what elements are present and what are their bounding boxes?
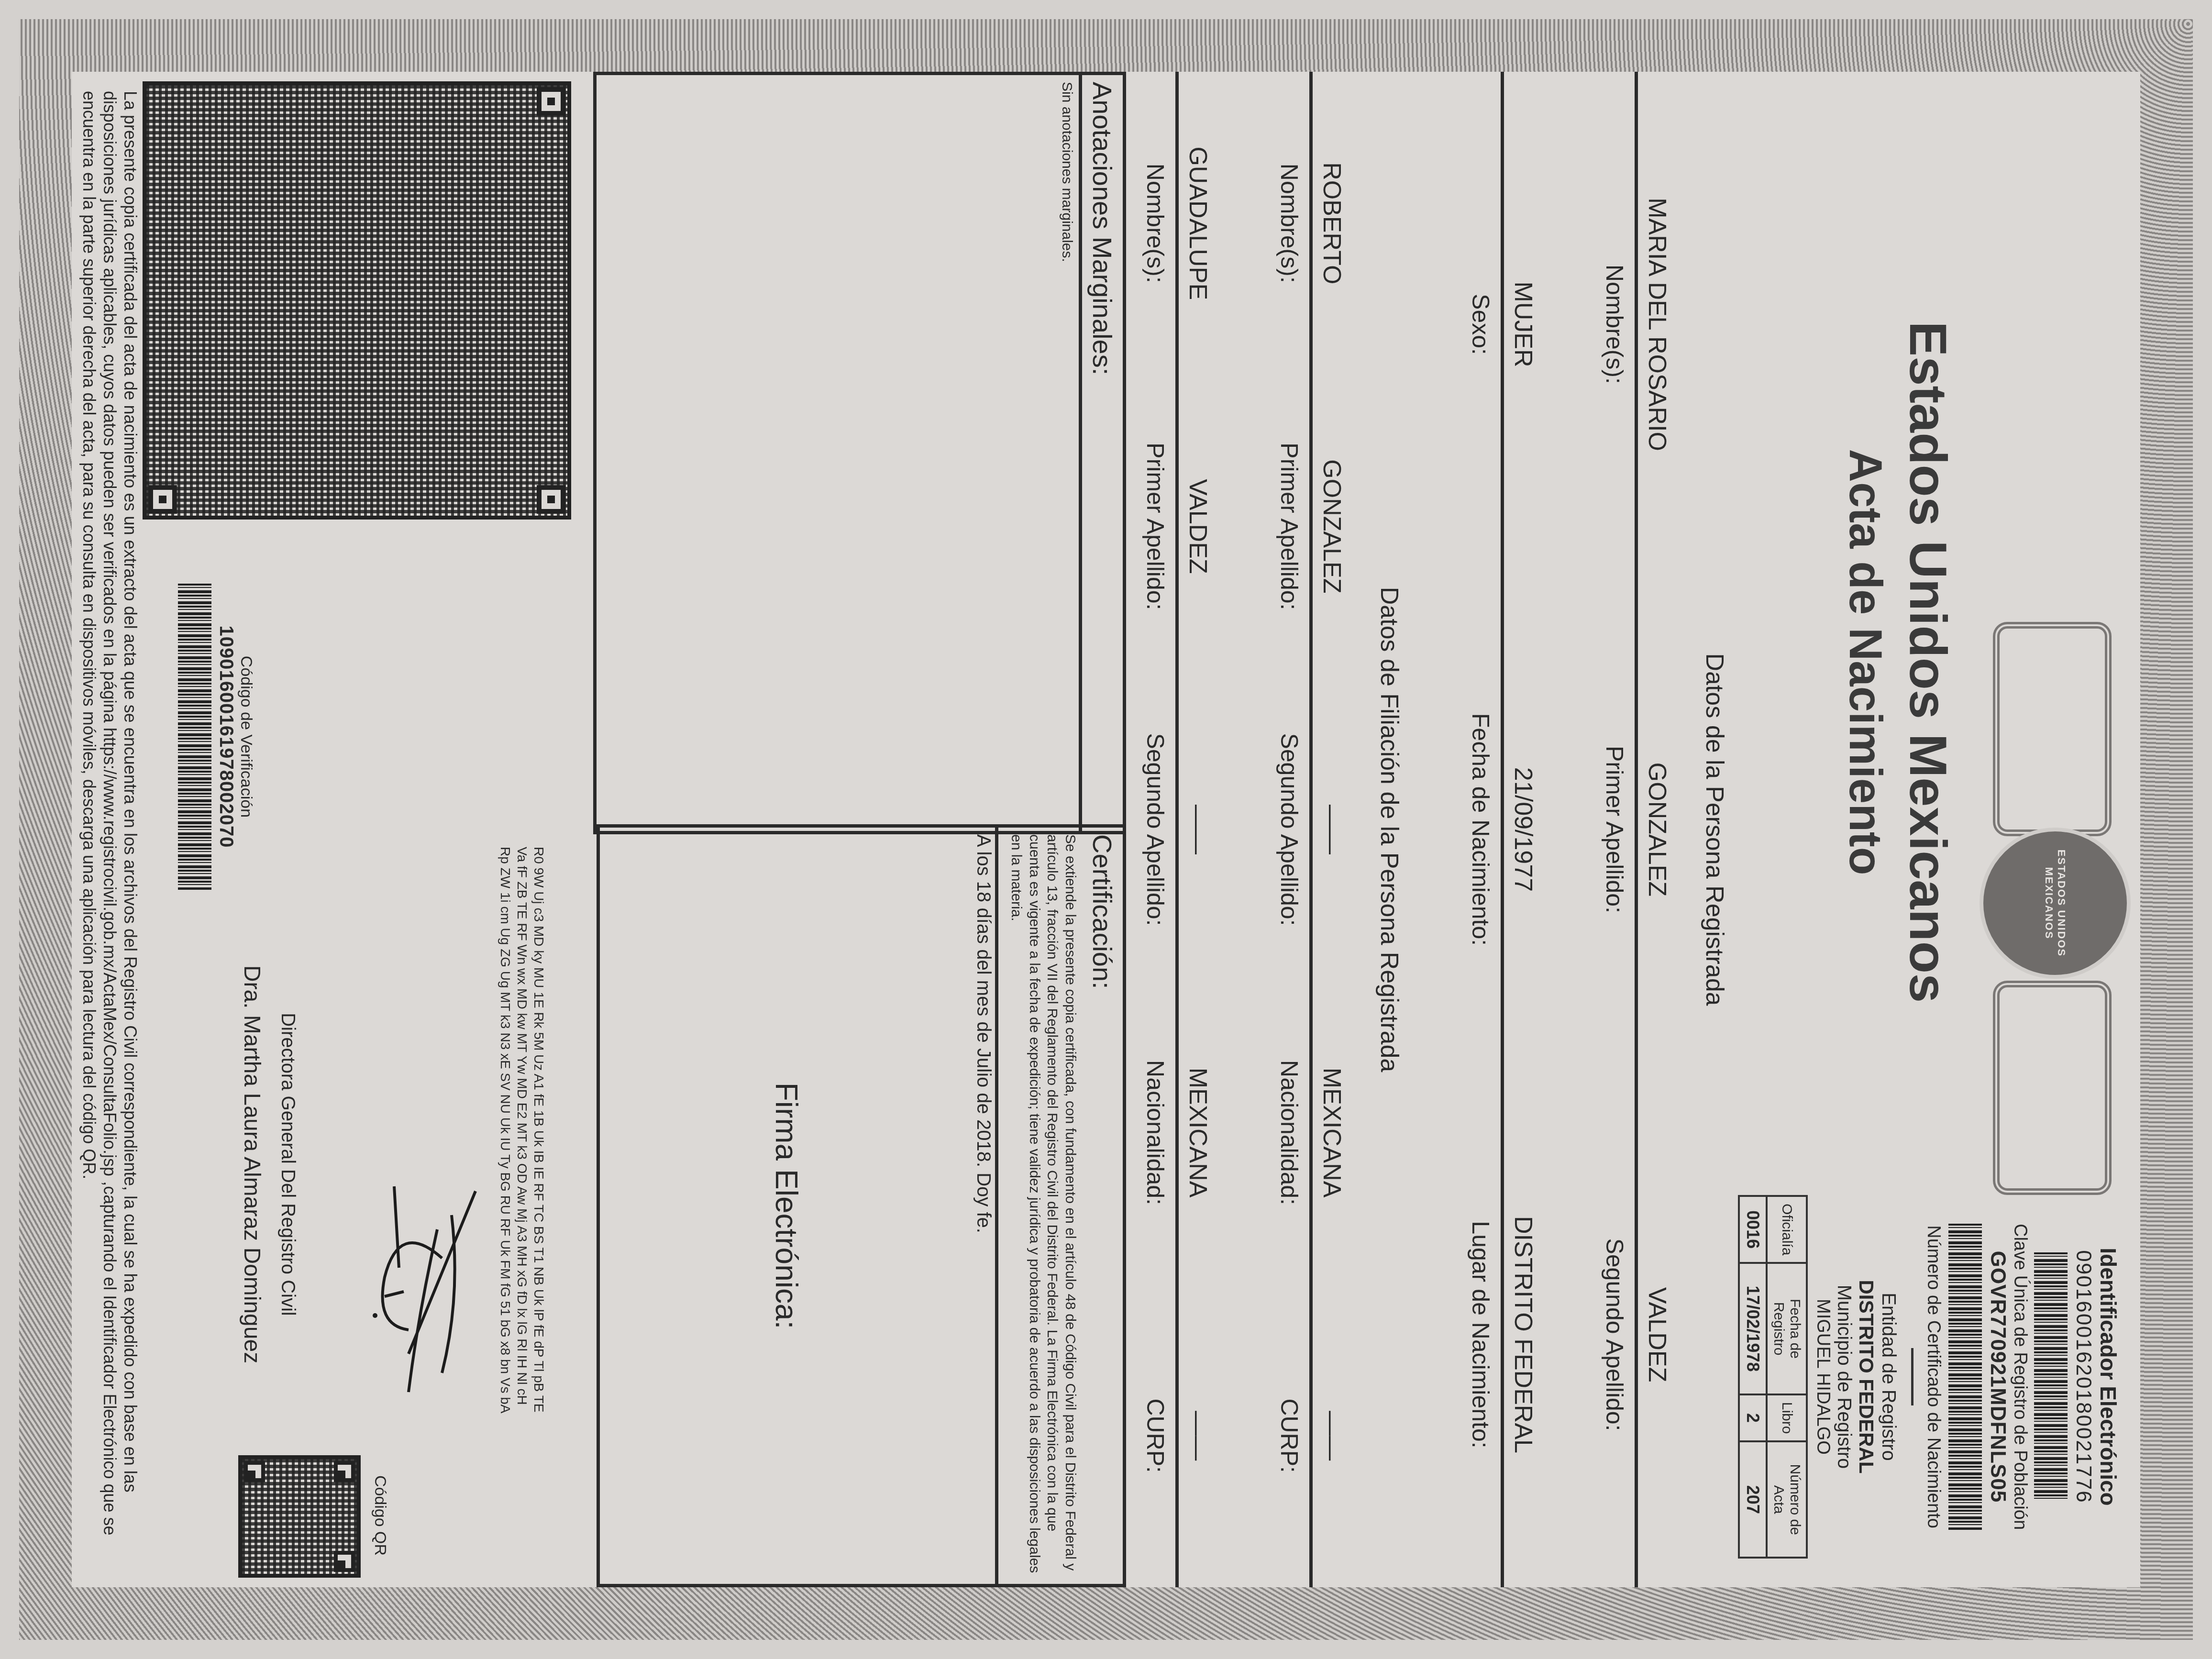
divider xyxy=(1175,72,1179,1587)
curp-label: Clave Única de Registro de Población xyxy=(2010,1195,2030,1559)
footer-disclaimer: La presente copia certificada del acta d… xyxy=(78,91,141,1568)
persona-names-row: MARIA DEL ROSARIO GONZALEZ VALDEZ xyxy=(1643,72,1671,1587)
firma-nombre: Dra. Martha Laura Almaraz Dominguez xyxy=(239,885,265,1444)
madre-segundo-apellido: —— xyxy=(1183,678,1212,981)
label-nombre: Nombre(s): xyxy=(1601,72,1628,577)
firma-title: Firma Electrónica: xyxy=(769,842,804,1570)
registro-table-header-row: Oficialía Fecha de Registro Libro Número… xyxy=(1767,1196,1807,1558)
curp-value: GOVR770921MDFNLS05 xyxy=(1986,1195,2010,1559)
padre-primer-apellido: GONZALEZ xyxy=(1317,375,1346,678)
qr-finder-pattern xyxy=(334,1461,355,1482)
label-padre-primer-apellido: Primer Apellido: xyxy=(1275,375,1303,678)
persona-details-row: MUJER 21/09/1977 DISTRITO FEDERAL xyxy=(1509,72,1537,1587)
firma-hash-line: R0 9W Uj c3 MD ky MU 1E Rk 5M Uz A1 fE 1… xyxy=(531,847,547,1573)
certificado-value-dash xyxy=(1911,1348,1913,1405)
padre-nacionalidad: MEXICANA xyxy=(1317,981,1346,1284)
madre-labels-row: Nombre(s): Primer Apellido: Segundo Apel… xyxy=(1141,72,1169,1587)
municipio-value: MIGUEL HIDALGO xyxy=(1813,1195,1833,1559)
verificacion-barcode xyxy=(178,584,211,890)
registro-table-row: 0016 17/02/1978 2 207 xyxy=(1739,1196,1767,1558)
signature-icon xyxy=(361,1172,504,1411)
identificador-value: 09016001620180021776 xyxy=(2071,1195,2095,1559)
document-body: ESTADOS UNIDOS MEXICANOS Identificador E… xyxy=(72,72,2140,1587)
label-primer-apellido: Primer Apellido: xyxy=(1601,577,1628,1082)
qr-finder-pattern xyxy=(244,1461,265,1482)
anotaciones-title: Anotaciones Marginales: xyxy=(1079,75,1123,831)
qr-finder-pattern xyxy=(537,87,565,116)
country-title: Estados Unidos Mexicanos xyxy=(1898,72,1958,1252)
padre-curp: —— xyxy=(1317,1284,1346,1587)
qr-finder-pattern xyxy=(334,1551,355,1572)
label-sexo: Sexo: xyxy=(1467,72,1494,577)
firma-hash: R0 9W Uj c3 MD ky MU 1E Rk 5M Uz A1 fE 1… xyxy=(497,847,547,1573)
verificacion-block: Código de Verificación 10901600161978002… xyxy=(174,569,255,904)
cell-oficialia: 0016 xyxy=(1739,1196,1767,1263)
cell-numero-acta: 207 xyxy=(1739,1441,1767,1558)
persona-fecha-nacimiento: 21/09/1977 xyxy=(1509,577,1537,1082)
persona-sexo: MUJER xyxy=(1509,72,1537,577)
qr-label: Código QR xyxy=(371,1453,389,1578)
header-oficialia: Oficialía xyxy=(1767,1196,1807,1263)
seal-text: ESTADOS UNIDOS MEXICANOS xyxy=(2043,846,2068,961)
anotaciones-body: Sin anotaciones marginales. xyxy=(1055,75,1079,831)
label-madre-segundo-apellido: Segundo Apellido: xyxy=(1141,678,1169,981)
cell-libro: 2 xyxy=(1739,1394,1767,1442)
label-madre-nacionalidad: Nacionalidad: xyxy=(1141,981,1169,1284)
certificacion-body: Se extiende la presente copia certificad… xyxy=(1005,828,1082,1584)
document-title: Acta de Nacimiento xyxy=(1839,72,1891,1252)
divider xyxy=(1309,72,1313,1587)
madre-primer-apellido: VALDEZ xyxy=(1183,375,1212,678)
padre-values-row: ROBERTO GONZALEZ —— MEXICANA —— xyxy=(1317,72,1346,1587)
registro-table: Oficialía Fecha de Registro Libro Número… xyxy=(1738,1195,1808,1559)
qr-finder-pattern xyxy=(148,485,177,514)
persona-names-labels-row: Nombre(s): Primer Apellido: Segundo Apel… xyxy=(1601,72,1628,1587)
qr-finder-pattern xyxy=(537,485,565,514)
persona-lugar-nacimiento: DISTRITO FEDERAL xyxy=(1509,1082,1537,1587)
verificacion-value: 109016001619780020​70 xyxy=(215,569,237,904)
identificador-label: Identificador Electrónico xyxy=(2095,1195,2121,1559)
certificacion-box: Certificación: Se extiende la presente c… xyxy=(995,824,1126,1587)
filiacion-section-title: Datos de Filiación de la Persona Registr… xyxy=(1375,72,1404,1587)
madre-nombre: GUADALUPE xyxy=(1183,72,1212,375)
firma-cargo: Directora General Del Registro Civil xyxy=(277,885,299,1444)
greek-fret-ornament-right xyxy=(1993,981,2112,1195)
label-segundo-apellido: Segundo Apellido: xyxy=(1601,1082,1628,1587)
birth-certificate-document: ESTADOS UNIDOS MEXICANOS Identificador E… xyxy=(0,0,2212,1659)
anotaciones-box: Anotaciones Marginales: Sin anotaciones … xyxy=(593,72,1126,834)
persona-section-title: Datos de la Persona Registrada xyxy=(1700,72,1729,1587)
label-padre-nombre: Nombre(s): xyxy=(1275,72,1303,375)
divider xyxy=(1501,72,1504,1587)
madre-nacionalidad: MEXICANA xyxy=(1183,981,1212,1284)
label-madre-nombre: Nombre(s): xyxy=(1141,72,1169,375)
madre-curp: —— xyxy=(1183,1284,1212,1587)
padre-segundo-apellido: —— xyxy=(1317,678,1346,981)
persona-segundo-apellido: VALDEZ xyxy=(1643,1082,1671,1587)
label-padre-nacionalidad: Nacionalidad: xyxy=(1275,981,1303,1284)
certificacion-fecha-box: A los 18 días del mes de Julio de 2018. … xyxy=(597,824,1005,1587)
divider xyxy=(1635,72,1638,1587)
persona-primer-apellido: GONZALEZ xyxy=(1643,577,1671,1082)
padre-nombre: ROBERTO xyxy=(1317,72,1346,375)
label-fecha-nacimiento: Fecha de Nacimiento: xyxy=(1467,577,1494,1082)
qr-code-large xyxy=(143,81,571,520)
header-numero-acta: Número de Acta xyxy=(1767,1441,1807,1558)
national-seal-icon: ESTADOS UNIDOS MEXICANOS xyxy=(1980,828,2131,979)
persona-nombre: MARIA DEL ROSARIO xyxy=(1643,72,1671,577)
certificacion-title: Certificación: xyxy=(1082,828,1123,1584)
label-padre-curp: CURP: xyxy=(1275,1284,1303,1587)
qr-code-small xyxy=(238,1455,361,1578)
certificacion-fecha: A los 18 días del mes de Julio de 2018. … xyxy=(969,828,1005,1584)
identificador-barcode xyxy=(2034,1252,2068,1501)
persona-details-labels-row: Sexo: Fecha de Nacimiento: Lugar de Naci… xyxy=(1467,72,1494,1587)
cell-fecha-registro: 17/02/1978 xyxy=(1739,1263,1767,1394)
greek-fret-ornament-left xyxy=(1993,622,2112,836)
label-madre-primer-apellido: Primer Apellido: xyxy=(1141,375,1169,678)
header-libro: Libro xyxy=(1767,1394,1807,1442)
label-padre-segundo-apellido: Segundo Apellido: xyxy=(1275,678,1303,981)
verificacion-label: Código de Verificación xyxy=(237,569,255,904)
madre-values-row: GUADALUPE VALDEZ —— MEXICANA —— xyxy=(1183,72,1212,1587)
padre-labels-row: Nombre(s): Primer Apellido: Segundo Apel… xyxy=(1275,72,1303,1587)
label-lugar-nacimiento: Lugar de Nacimiento: xyxy=(1467,1082,1494,1587)
header-fecha-registro: Fecha de Registro xyxy=(1767,1263,1807,1394)
firma-hash-line: Va fF ZB TE RF Wn wx MD kw MT Yw MD E2 M… xyxy=(514,847,531,1573)
curp-barcode xyxy=(1948,1224,1982,1530)
label-madre-curp: CURP: xyxy=(1141,1284,1169,1587)
